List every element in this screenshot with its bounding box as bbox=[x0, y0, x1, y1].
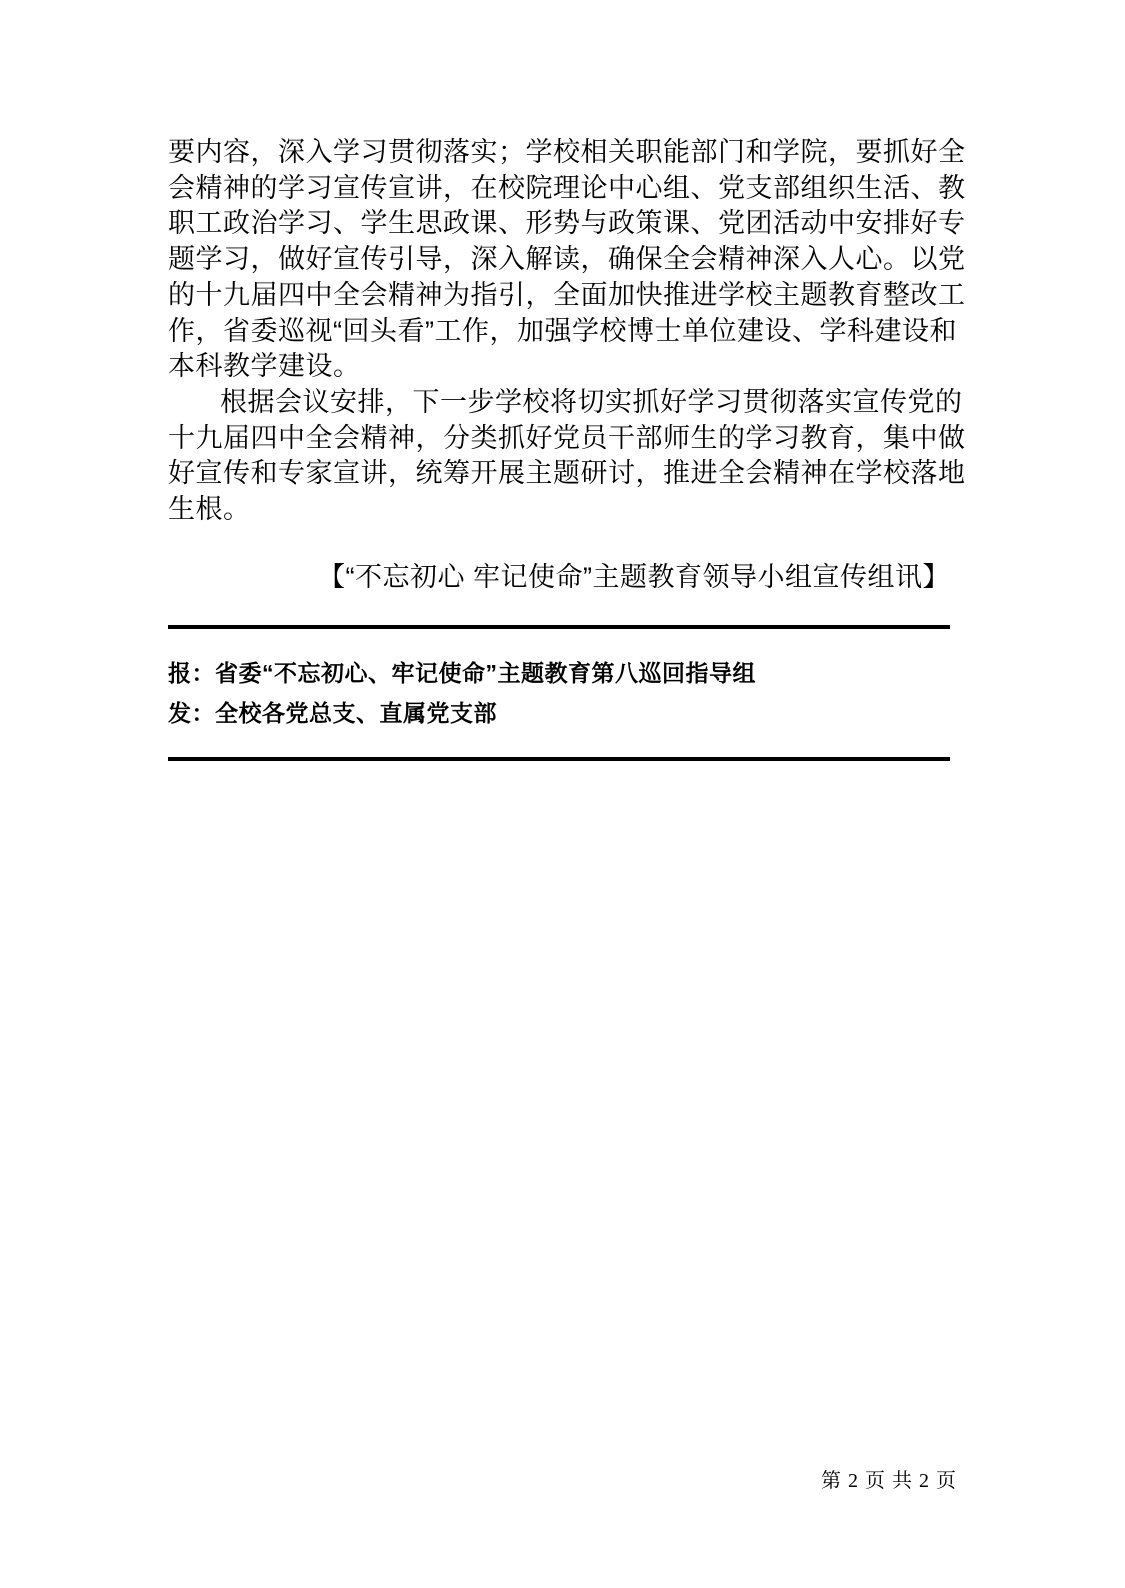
page-number: 第 2 页 共 2 页 bbox=[821, 1464, 957, 1493]
distribution-block: 报：省委“不忘初心、牢记使命”主题教育第八巡回指导组 发：全校各党总支、直属党支… bbox=[168, 653, 950, 733]
body-line: 会精神的学习宣传宣讲，在校院理论中心组、党支部组织生活、教 bbox=[168, 171, 950, 207]
body-line: 题学习，做好宣传引导，深入解读，确保全会精神深入人心。以党 bbox=[168, 242, 950, 278]
separator-rule-bottom bbox=[168, 757, 950, 761]
issue-to-line: 发：全校各党总支、直属党支部 bbox=[168, 693, 950, 733]
document-body: 要内容，深入学习贯彻落实；学校相关职能部门和学院，要抓好全 会精神的学习宣传宣讲… bbox=[168, 135, 950, 761]
body-line: 作，省委巡视“回头看”工作，加强学校博士单位建设、学科建设和 bbox=[168, 314, 950, 350]
body-line: 本科教学建设。 bbox=[168, 349, 950, 385]
document-page: 要内容，深入学习贯彻落实；学校相关职能部门和学院，要抓好全 会精神的学习宣传宣讲… bbox=[0, 0, 1125, 1588]
attribution-line: 【“不忘初心 牢记使命”主题教育领导小组宣传组讯】 bbox=[168, 560, 950, 596]
body-line: 职工政治学习、学生思政课、形势与政策课、党团活动中安排好专 bbox=[168, 206, 950, 242]
body-line: 生根。 bbox=[168, 492, 950, 528]
paragraph-1: 要内容，深入学习贯彻落实；学校相关职能部门和学院，要抓好全 会精神的学习宣传宣讲… bbox=[168, 135, 950, 385]
report-to-line: 报：省委“不忘初心、牢记使命”主题教育第八巡回指导组 bbox=[168, 653, 950, 693]
paragraph-2: 根据会议安排，下一步学校将切实抓好学习贯彻落实宣传党的 十九届四中全会精神，分类… bbox=[168, 385, 950, 528]
body-line: 十九届四中全会精神，分类抓好党员干部师生的学习教育，集中做 bbox=[168, 421, 950, 457]
body-line: 的十九届四中全会精神为指引，全面加快推进学校主题教育整改工 bbox=[168, 278, 950, 314]
body-line: 根据会议安排，下一步学校将切实抓好学习贯彻落实宣传党的 bbox=[168, 385, 950, 421]
body-line: 好宣传和专家宣讲，统筹开展主题研讨，推进全会精神在学校落地 bbox=[168, 456, 950, 492]
separator-rule-top bbox=[168, 625, 950, 629]
body-line: 要内容，深入学习贯彻落实；学校相关职能部门和学院，要抓好全 bbox=[168, 135, 950, 171]
